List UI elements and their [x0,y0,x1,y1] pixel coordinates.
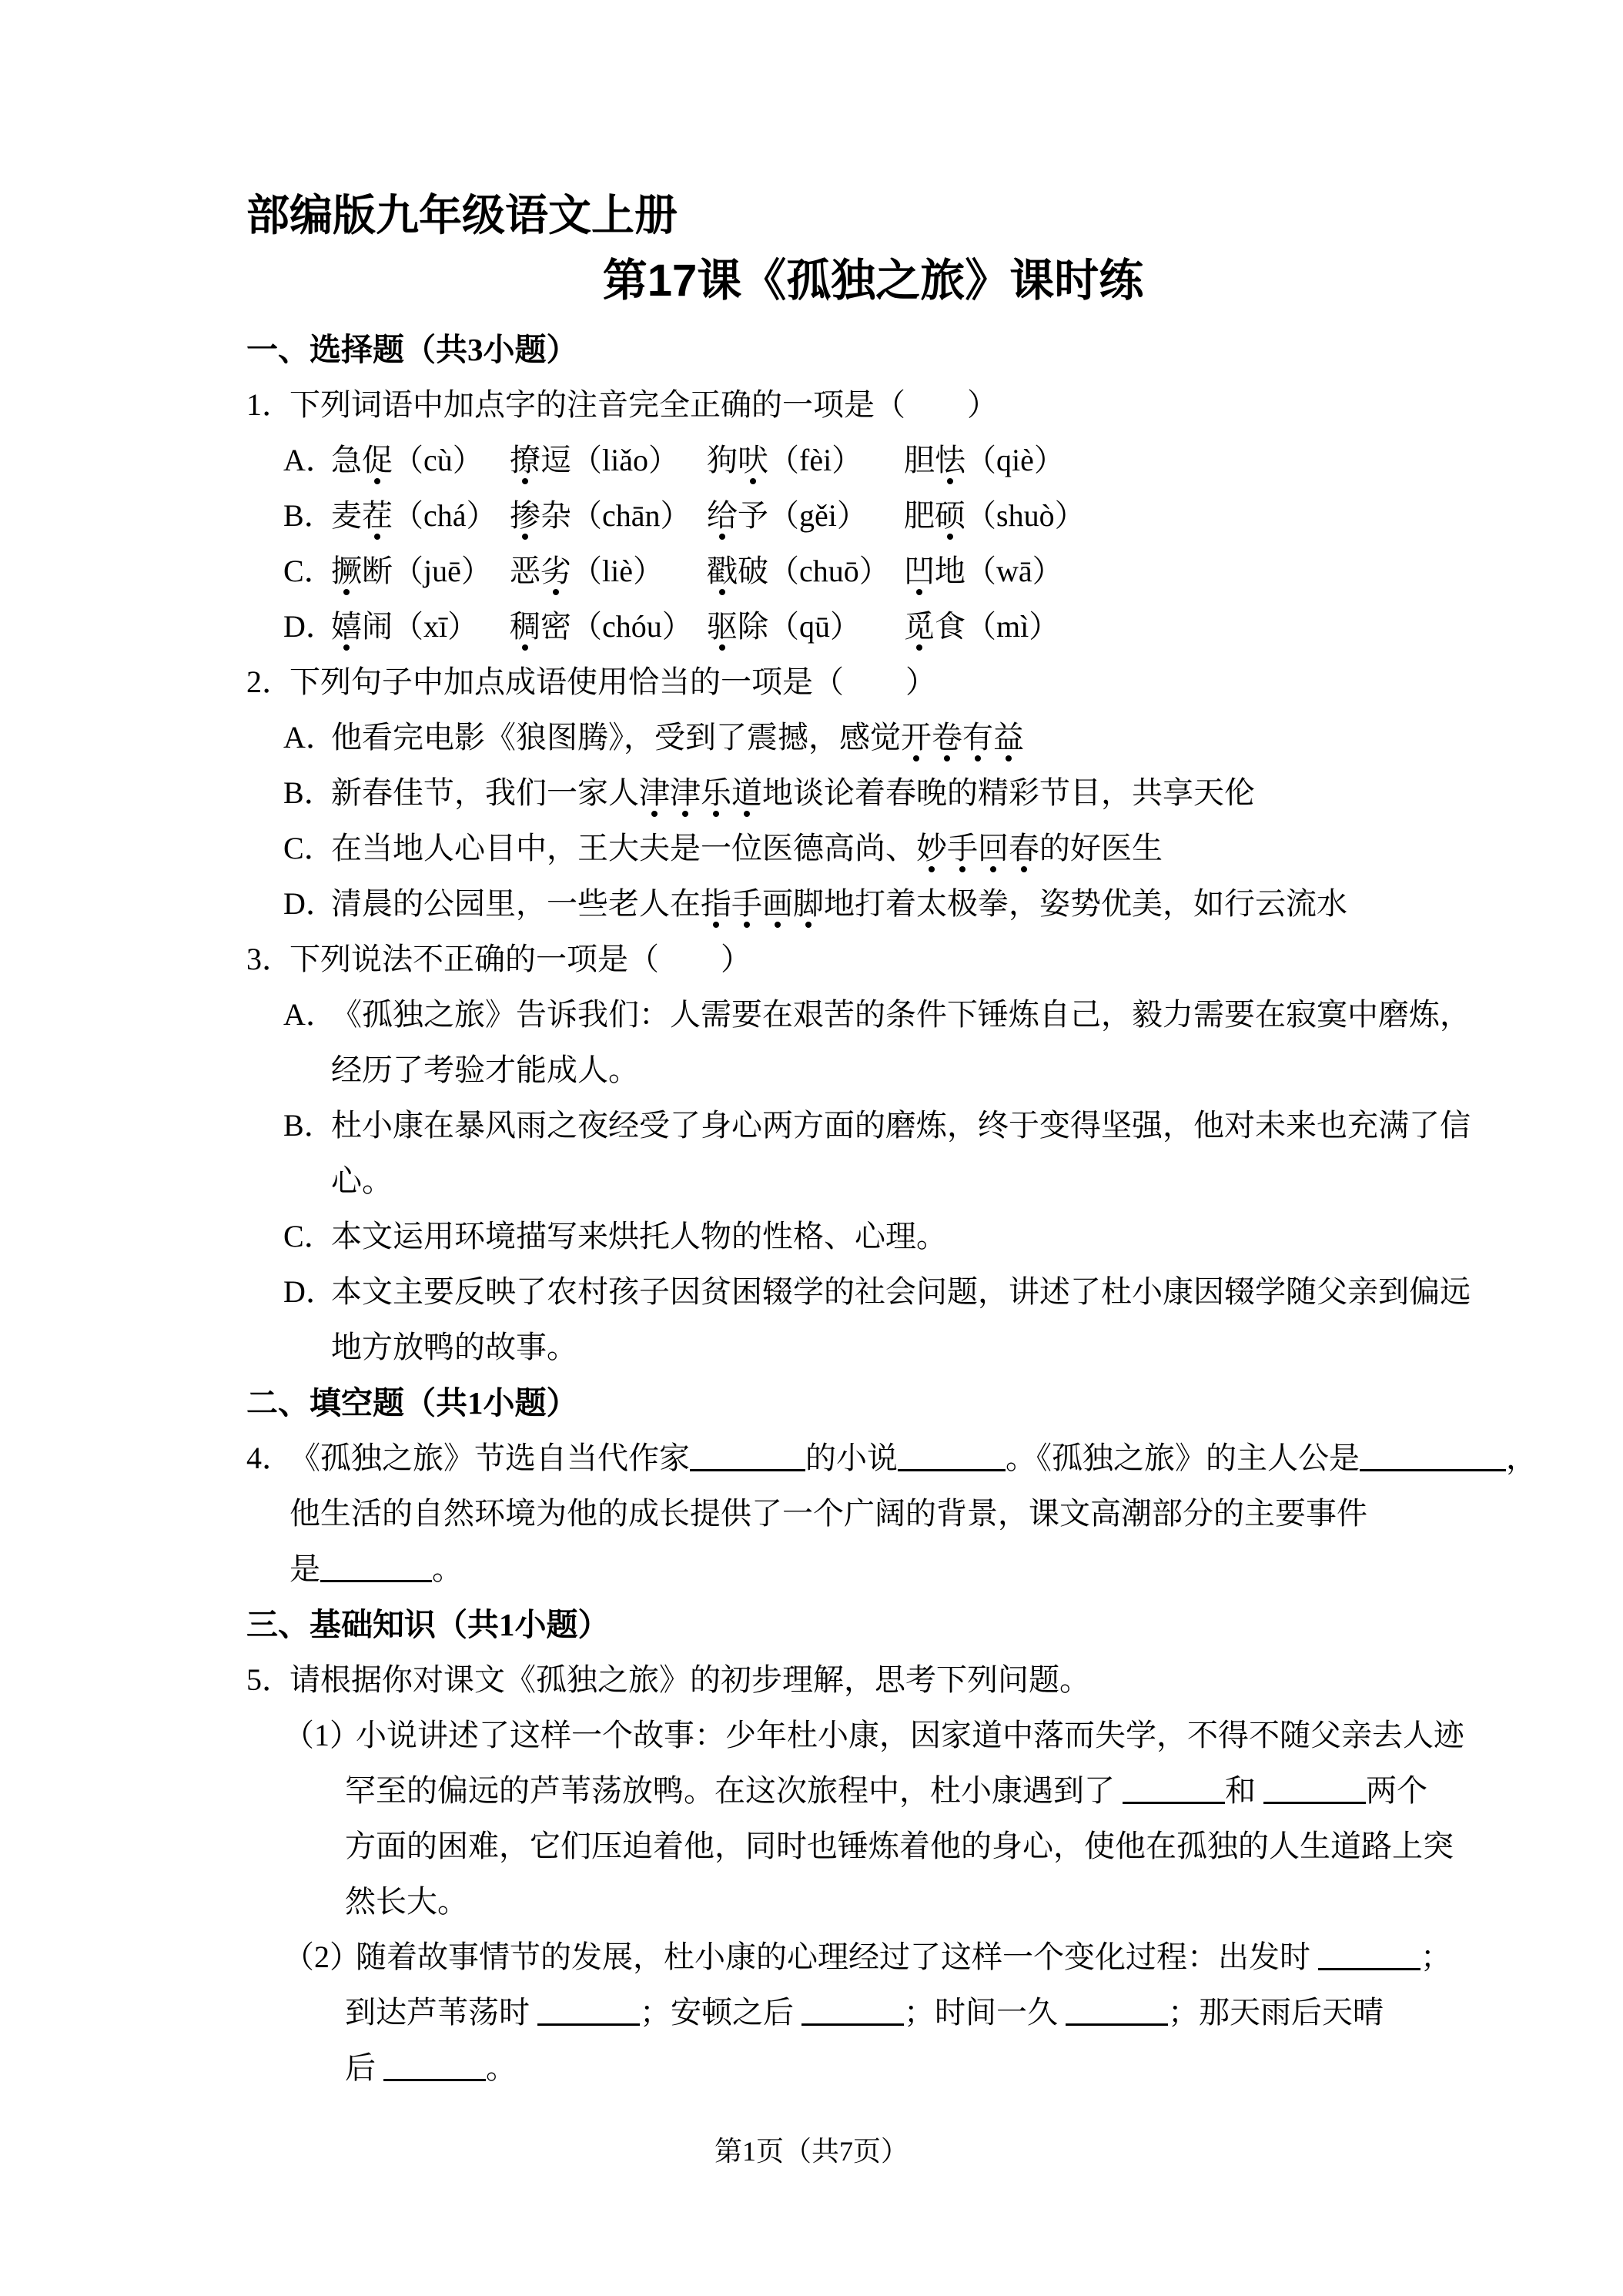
word-group: 狗吠（fèi） [707,433,904,488]
text-line: 是。 [289,1541,1500,1597]
option: A．他看完电影《狼图腾》，受到了震撼，感觉开卷有益 [246,710,1500,765]
fill-in-blank [383,2071,486,2081]
emphasized-char: 妙 [916,831,947,865]
emphasized-char: 脚 [793,886,824,921]
word-group: 凹地（wā） [904,544,1063,599]
fill-in-blank [320,1572,432,1582]
section-heading: 一、选择题（共3小题） [246,322,1500,377]
word-group: 掺杂（chān） [510,488,707,544]
text-line: 5．请根据你对课文《孤独之旅》的初步理解，思考下列问题。 [246,1652,1500,1708]
option: B．杜小康在暴风雨之夜经受了身心两方面的磨炼，终于变得坚强，他对未来也充满了信心… [246,1098,1500,1209]
emphasized-char: 道 [731,775,762,810]
text-line: 地方放鸭的故事。 [331,1320,1500,1375]
emphasized-char: 促 [362,443,393,477]
text-line: （2）随着故事情节的发展，杜小康的心理经过了这样一个变化过程：出发时 ； [246,1930,1500,1985]
emphasized-char: 画 [762,886,793,921]
emphasized-char: 指 [701,886,731,921]
document-subtitle: 第17课《孤独之旅》课时练 [246,248,1500,314]
fill-in-blank [1360,1461,1506,1471]
question-label: 5． [246,1652,289,1708]
text-line: C．在当地人心目中，王大夫是一位医德高尚、妙手回春的好医生 [246,821,1500,876]
word-group: 稠密（chóu） [510,599,707,654]
question: 1．下列词语中加点字的注音完全正确的一项是（ ） [246,377,1500,433]
option: C．本文运用环境描写来烘托人物的性格、心理。 [246,1209,1500,1264]
question: 2．下列句子中加点成语使用恰当的一项是（ ） [246,654,1500,710]
text-line: C．本文运用环境描写来烘托人物的性格、心理。 [246,1209,1500,1264]
emphasized-char: 驱 [707,609,738,644]
question: 5．请根据你对课文《孤独之旅》的初步理解，思考下列问题。 [246,1652,1500,1708]
option: C．在当地人心目中，王大夫是一位医德高尚、妙手回春的好医生 [246,821,1500,876]
emphasized-char: 撩 [510,443,540,477]
emphasized-char: 茬 [362,498,393,533]
text-line: B．新春佳节，我们一家人津津乐道地谈论着春晚的精彩节目，共享天伦 [246,765,1500,821]
emphasized-char: 春 [1009,831,1039,865]
text-line: 到达芦苇荡时 ；安顿之后 ；时间一久 ；那天雨后天晴 [345,1985,1500,2040]
option: D．本文主要反映了农村孩子因贫困辍学的社会问题，讲述了杜小康因辍学随父亲到偏远地… [246,1264,1500,1375]
fill-in-blank [898,1461,1006,1471]
document-body: 一、选择题（共3小题）1．下列词语中加点字的注音完全正确的一项是（ ）A．急促（… [246,322,1500,2096]
emphasized-char: 津 [639,775,670,810]
emphasized-char: 戳 [707,554,738,588]
emphasized-char: 卷 [932,720,962,755]
document-page: 部编版九年级语文上册 第17课《孤独之旅》课时练 一、选择题（共3小题）1．下列… [0,0,1623,2296]
text-line: 心。 [331,1153,1500,1209]
text-line: D．清晨的公园里，一些老人在指手画脚地打着太极拳，姿势优美，如行云流水 [246,876,1500,932]
fill-in-blank [537,2016,640,2026]
option-label: C． [283,821,331,876]
emphasized-char: 觅 [904,609,935,644]
emphasized-char: 手 [731,886,762,921]
emphasized-char: 怯 [935,443,965,477]
text-line: A．《孤独之旅》告诉我们：人需要在艰苦的条件下锤炼自己，毅力需要在寂寞中磨炼， [246,987,1500,1043]
emphasized-char: 劣 [540,554,571,588]
question-label: 2． [246,654,289,710]
text-line: 2．下列句子中加点成语使用恰当的一项是（ ） [246,654,1500,710]
question: 4．《孤独之旅》节选自当代作家的小说。《孤独之旅》的主人公是，他生活的自然环境为… [246,1431,1500,1597]
document-content-area: 部编版九年级语文上册 第17课《孤独之旅》课时练 一、选择题（共3小题）1．下列… [0,0,1623,2096]
word-group: 戳破（chuō） [707,544,904,599]
option: D．清晨的公园里，一些老人在指手画脚地打着太极拳，姿势优美，如行云流水 [246,876,1500,932]
emphasized-char: 稠 [510,609,540,644]
option: A．《孤独之旅》告诉我们：人需要在艰苦的条件下锤炼自己，毅力需要在寂寞中磨炼，经… [246,987,1500,1098]
fill-in-blank [1123,1794,1225,1804]
text-line: B．杜小康在暴风雨之夜经受了身心两方面的磨炼，终于变得坚强，他对未来也充满了信 [246,1098,1500,1153]
text-line: 罕至的偏远的芦苇荡放鸭。在这次旅程中，杜小康遇到了 和 两个 [345,1763,1500,1819]
option-row: D．嬉闹（xī）稠密（chóu）驱除（qū）觅食（mì） [246,599,1500,654]
word-group: 肥硕（shuò） [904,488,1086,544]
page-footer: 第1页（共7页） [0,2124,1623,2179]
question: 3．下列说法不正确的一项是（ ） [246,932,1500,987]
text-line: 后 。 [345,2040,1500,2096]
option-label: B． [283,488,331,544]
text-line: 3．下列说法不正确的一项是（ ） [246,932,1500,987]
emphasized-char: 益 [993,720,1024,755]
emphasized-char: 手 [947,831,978,865]
emphasized-char: 嬉 [331,609,362,644]
fill-in-blank [1066,2016,1168,2026]
word-group: 胆怯（qiè） [904,433,1065,488]
subitem-label: （1） [283,1708,356,1763]
document-title: 部编版九年级语文上册 [246,183,1500,248]
text-line: D．本文主要反映了农村孩子因贫困辍学的社会问题，讲述了杜小康因辍学随父亲到偏远 [246,1264,1500,1320]
option-label: D． [283,599,331,654]
emphasized-char: 凹 [904,554,935,588]
word-group: 恶劣（liè） [510,544,707,599]
option: B．新春佳节，我们一家人津津乐道地谈论着春晚的精彩节目，共享天伦 [246,765,1500,821]
option-label: D． [283,876,331,932]
option-row: C．撅断（juē）恶劣（liè）戳破（chuō）凹地（wā） [246,544,1500,599]
subitem: （2）随着故事情节的发展，杜小康的心理经过了这样一个变化过程：出发时 ；到达芦苇… [246,1930,1500,2096]
text-line: 4．《孤独之旅》节选自当代作家的小说。《孤独之旅》的主人公是， [246,1431,1500,1486]
word-group: 急促（cù） [331,433,510,488]
option-label: C． [283,544,331,599]
option-label: A． [283,987,331,1043]
word-group: 觅食（mì） [904,599,1059,654]
section-heading: 三、基础知识（共1小题） [246,1597,1500,1652]
word-group: 驱除（qū） [707,599,904,654]
fill-in-blank [1263,1794,1366,1804]
emphasized-char: 吠 [738,443,768,477]
text-line: 经历了考验才能成人。 [331,1043,1500,1098]
emphasized-char: 津 [670,775,701,810]
option-label: B． [283,1098,331,1153]
fill-in-blank [1318,1960,1421,1970]
option-label: A． [283,710,331,765]
section-heading: 二、填空题（共1小题） [246,1375,1500,1431]
emphasized-char: 有 [962,720,993,755]
text-line: 他生活的自然环境为他的成长提供了一个广阔的背景，课文高潮部分的主要事件 [289,1486,1500,1541]
text-line: 方面的困难，它们压迫着他，同时也锤炼着他的身心，使他在孤独的人生道路上突 [345,1819,1500,1874]
question-label: 4． [246,1431,289,1486]
option-row: A．急促（cù）撩逗（liǎo）狗吠（fèi）胆怯（qiè） [246,433,1500,488]
emphasized-char: 乐 [701,775,731,810]
word-group: 麦茬（chá） [331,488,510,544]
option-label: D． [283,1264,331,1320]
emphasized-char: 回 [978,831,1009,865]
emphasized-char: 撅 [331,554,362,588]
text-line: A．他看完电影《狼图腾》，受到了震撼，感觉开卷有益 [246,710,1500,765]
text-line: 1．下列词语中加点字的注音完全正确的一项是（ ） [246,377,1500,433]
option-label: C． [283,1209,331,1264]
subitem: （1）小说讲述了这样一个故事：少年杜小康，因家道中落而失学，不得不随父亲去人迹罕… [246,1708,1500,1930]
word-group: 嬉闹（xī） [331,599,510,654]
option-label: A． [283,433,331,488]
word-group: 撅断（juē） [331,544,510,599]
emphasized-char: 掺 [510,498,540,533]
emphasized-char: 给 [707,498,738,533]
fill-in-blank [801,2016,904,2026]
fill-in-blank [690,1461,805,1471]
option-row: B．麦茬（chá）掺杂（chān）给予（gěi）肥硕（shuò） [246,488,1500,544]
word-group: 给予（gěi） [707,488,904,544]
text-line: 然长大。 [345,1874,1500,1930]
emphasized-char: 硕 [935,498,965,533]
emphasized-char: 开 [901,720,932,755]
question-label: 1． [246,377,289,433]
option-label: B． [283,765,331,821]
text-line: （1）小说讲述了这样一个故事：少年杜小康，因家道中落而失学，不得不随父亲去人迹 [246,1708,1500,1763]
question-label: 3． [246,932,289,987]
subitem-label: （2） [283,1930,356,1985]
word-group: 撩逗（liǎo） [510,433,707,488]
